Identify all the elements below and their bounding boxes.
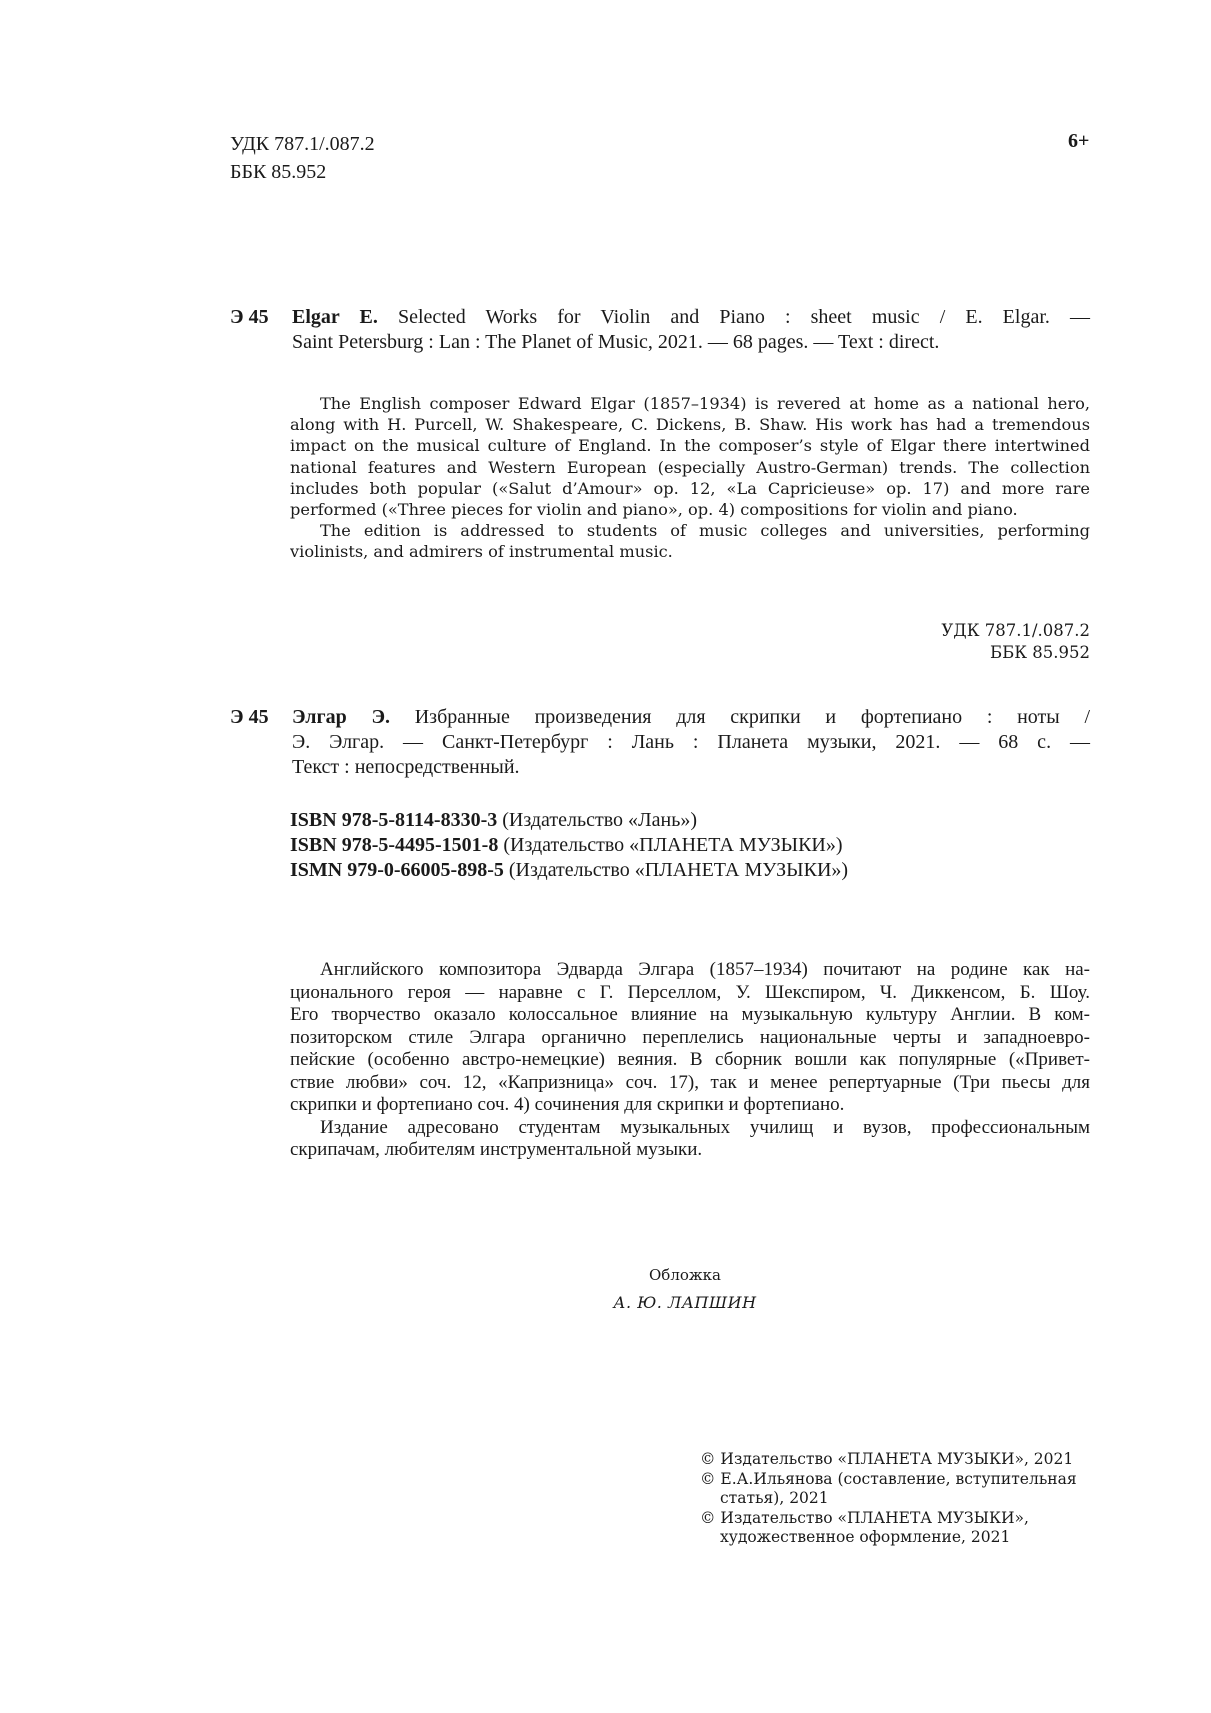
age-rating: 6+ (1068, 130, 1089, 153)
copyright-notice: © Издательство «ПЛАНЕТА МУЗЫКИ», 2021 © … (700, 1450, 1100, 1548)
entry-line-2: Э. Элгар. — Санкт-Петербург : Лань : Пла… (292, 730, 1090, 755)
entry-line-2: Saint Petersburg : Lan : The Planet of M… (292, 330, 1090, 355)
annotation-line: performed («Three pieces for violin and … (290, 499, 1090, 520)
publisher: (Издательство «ПЛАНЕТА МУЗЫКИ») (498, 834, 842, 856)
english-annotation: The English composer Edward Elgar (1857–… (290, 393, 1090, 563)
entry-line-1: Элгар Э. Избранные произведения для скри… (292, 705, 1090, 730)
title-text: Selected Works for Violin and Piano : sh… (378, 306, 1090, 328)
ismn-line: ISMN 979-0-66005-898-5 (Издательство «ПЛ… (290, 858, 848, 883)
copyright-line: © Е.А.Ильянова (составление, вступительн… (700, 1470, 1100, 1490)
annotation-line: пейские (особенно австро-немецкие) веяни… (290, 1049, 1090, 1072)
udk-code: УДК 787.1/.087.2 (880, 620, 1090, 642)
bbk-code: ББК 85.952 (230, 158, 375, 186)
annotation-line: impact on the musical culture of England… (290, 435, 1090, 456)
annotation-line: ствие любви» соч. 12, «Капризница» соч. … (290, 1072, 1090, 1095)
author-name: Элгар Э. (292, 706, 390, 728)
isbn-code: ISBN 978-5-8114-8330-3 (290, 809, 497, 831)
isbn-line: ISBN 978-5-8114-8330-3 (Издательство «Ла… (290, 808, 848, 833)
isbn-line: ISBN 978-5-4495-1501-8 (Издательство «ПЛ… (290, 833, 848, 858)
annotation-line: national features and Western European (… (290, 457, 1090, 478)
annotation-line: The edition is addressed to students of … (290, 520, 1090, 541)
ismn-code: ISMN 979-0-66005-898-5 (290, 859, 504, 881)
author-mark: Э 45 (230, 305, 269, 330)
identifiers-block: ISBN 978-5-8114-8330-3 (Издательство «Ла… (290, 808, 848, 883)
bbk-code: ББК 85.952 (880, 642, 1090, 664)
annotation-line: along with H. Purcell, W. Shakespeare, C… (290, 414, 1090, 435)
copyright-line: © Издательство «ПЛАНЕТА МУЗЫКИ», (700, 1509, 1100, 1529)
isbn-code: ISBN 978-5-4495-1501-8 (290, 834, 498, 856)
annotation-line: скрипки и фортепиано соч. 4) сочинения д… (290, 1094, 1090, 1117)
russian-bibliographic-entry: Э 45 Элгар Э. Избранные произведения для… (230, 705, 1090, 780)
annotation-line: Издание адресовано студентам музыкальных… (290, 1117, 1090, 1140)
publisher: (Издательство «ПЛАНЕТА МУЗЫКИ») (504, 859, 848, 881)
entry-line-1: Elgar E. Selected Works for Violin and P… (292, 305, 1090, 330)
title-text: Избранные произведения для скрипки и фор… (390, 706, 1090, 728)
author-name: Elgar E. (292, 306, 378, 328)
annotation-line: Его творчество оказало колоссальное влия… (290, 1004, 1090, 1027)
classification-codes-top: УДК 787.1/.087.2 ББК 85.952 (230, 130, 375, 186)
author-mark: Э 45 (230, 705, 269, 730)
publisher: (Издательство «Лань») (497, 809, 697, 831)
cover-label: Обложка (560, 1262, 810, 1289)
annotation-line: includes both popular («Salut d’Amour» o… (290, 478, 1090, 499)
udk-code: УДК 787.1/.087.2 (230, 130, 375, 158)
copyright-line: статья), 2021 (700, 1489, 1100, 1509)
entry-line-3: Текст : непосредственный. (292, 755, 1090, 780)
annotation-line: Английского композитора Эдварда Элгара (… (290, 959, 1090, 982)
annotation-line: violinists, and admirers of instrumental… (290, 541, 1090, 562)
annotation-line: ционального героя — наравне с Г. Перселл… (290, 982, 1090, 1005)
cover-credit: Обложка А. Ю. ЛАПШИН (560, 1262, 810, 1316)
cover-artist: А. Ю. ЛАПШИН (560, 1289, 810, 1316)
copyright-line: © Издательство «ПЛАНЕТА МУЗЫКИ», 2021 (700, 1450, 1100, 1470)
annotation-line: скрипачам, любителям инструментальной му… (290, 1139, 1090, 1162)
annotation-line: позиторском стиле Элгара органично переп… (290, 1027, 1090, 1050)
copyright-line: художественное оформление, 2021 (700, 1528, 1100, 1548)
russian-annotation: Английского композитора Эдварда Элгара (… (290, 959, 1090, 1162)
english-bibliographic-entry: Э 45 Elgar E. Selected Works for Violin … (230, 305, 1090, 355)
classification-codes-mid: УДК 787.1/.087.2 ББК 85.952 (880, 620, 1090, 664)
annotation-line: The English composer Edward Elgar (1857–… (290, 393, 1090, 414)
